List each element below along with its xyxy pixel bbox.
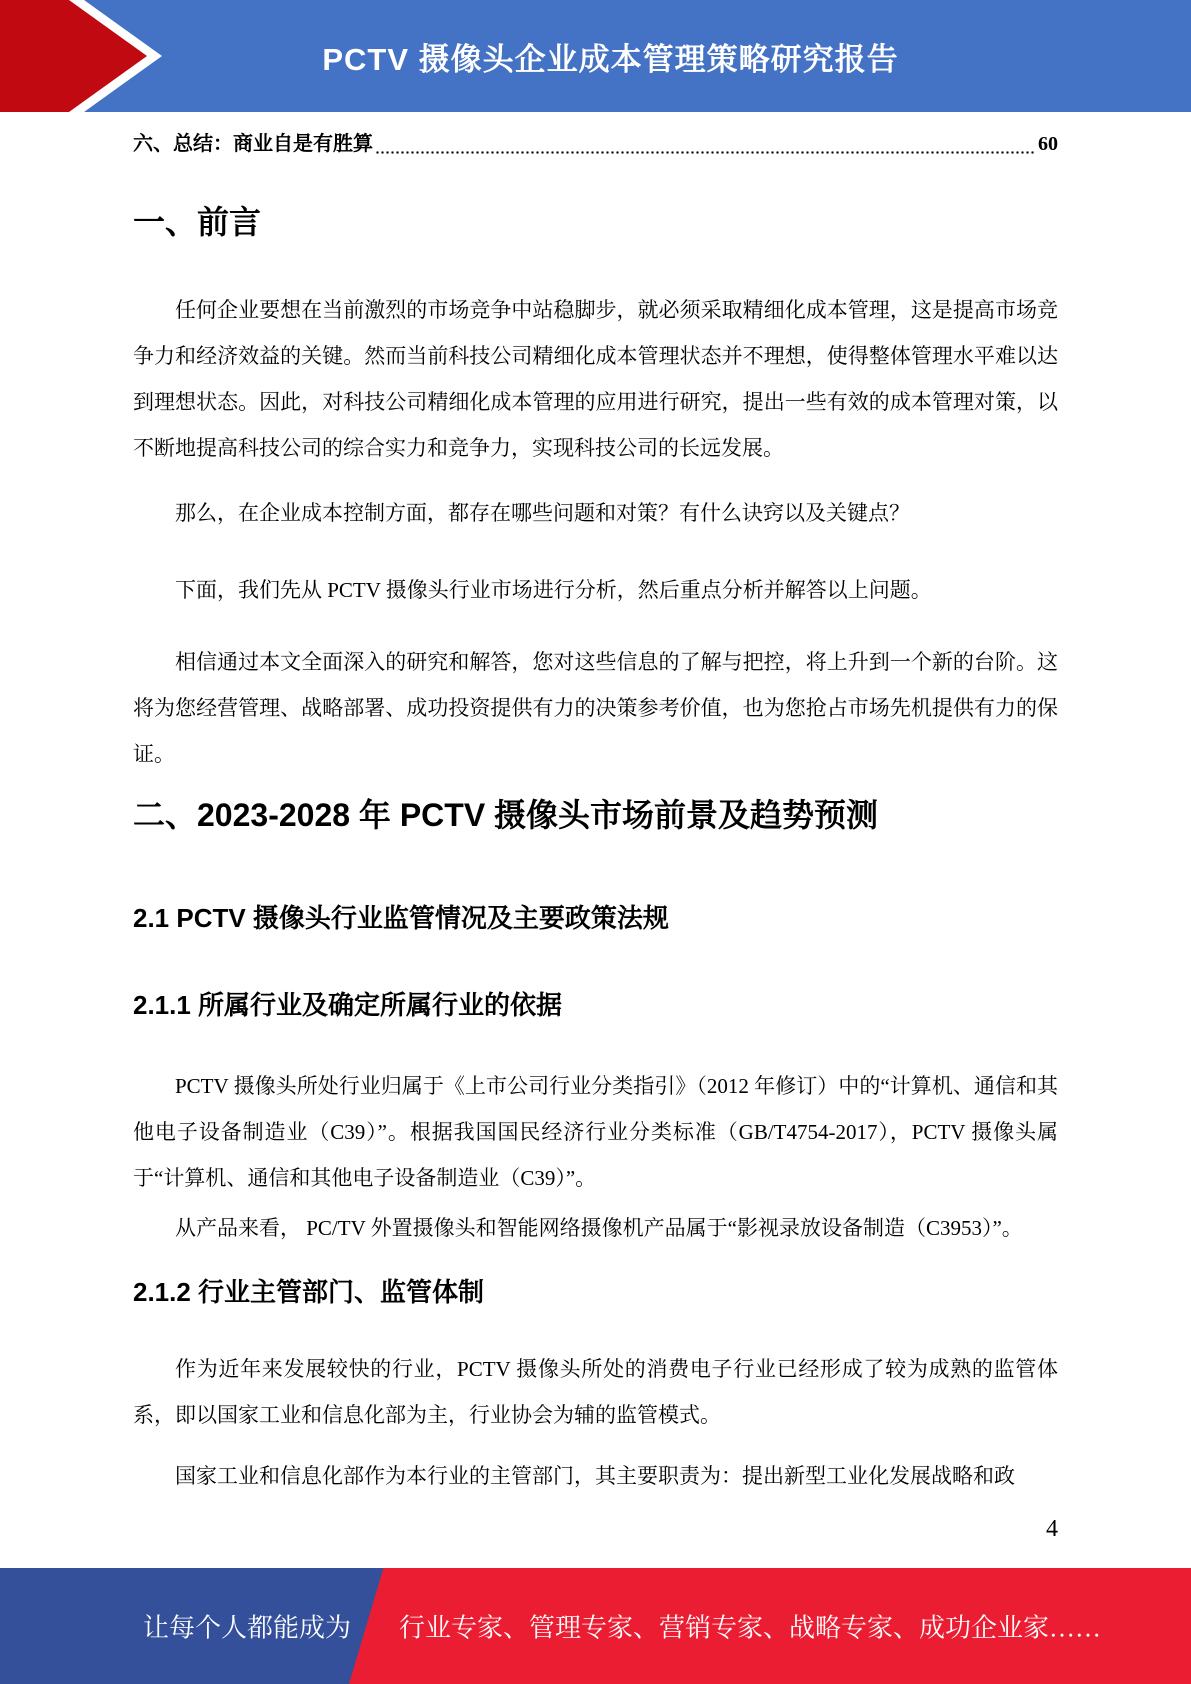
heading-foreword: 一、前言 bbox=[133, 202, 1058, 242]
toc-dot-leader bbox=[375, 136, 1036, 156]
paragraph-foreword-1: 任何企业要想在当前激烈的市场竞争中站稳脚步，就必须采取精细化成本管理，这是提高市… bbox=[133, 287, 1058, 471]
document-body: 六、总结：商业自是有胜算 60 一、前言 任何企业要想在当前激烈的市场竞争中站稳… bbox=[133, 112, 1058, 1499]
report-page: PCTV 摄像头企业成本管理策略研究报告 六、总结：商业自是有胜算 60 一、前… bbox=[0, 0, 1191, 1684]
paragraph-regulatory-system-1: 作为近年来发展较快的行业，PCTV 摄像头所处的消费电子行业已经形成了较为成熟的… bbox=[133, 1346, 1058, 1438]
footer-banner: 让每个人都能成为 行业专家、管理专家、营销专家、战略专家、成功企业家…… bbox=[0, 1568, 1191, 1684]
paragraph-industry-classification-2: 从产品来看， PC/TV 外置摄像头和智能网络摄像机产品属于“影视录放设备制造（… bbox=[133, 1205, 1058, 1251]
page-number: 4 bbox=[1046, 1514, 1058, 1544]
toc-entry: 六、总结：商业自是有胜算 60 bbox=[133, 132, 1058, 156]
paragraph-foreword-2: 那么，在企业成本控制方面，都存在哪些问题和对策？有什么诀窍以及关键点？ bbox=[133, 490, 1058, 536]
footer-slogan-right: 行业专家、管理专家、营销专家、战略专家、成功企业家…… bbox=[399, 1608, 1101, 1645]
heading-regulatory-system: 2.1.2 行业主管部门、监管体制 bbox=[133, 1275, 1058, 1309]
paragraph-industry-classification-1: PCTV 摄像头所处行业归属于《上市公司行业分类指引》（2012 年修订）中的“… bbox=[133, 1063, 1058, 1201]
report-title: PCTV 摄像头企业成本管理策略研究报告 bbox=[292, 34, 898, 79]
toc-entry-label: 六、总结：商业自是有胜算 bbox=[133, 132, 373, 156]
red-arrow-icon bbox=[0, 0, 170, 112]
paragraph-foreword-4: 相信通过本文全面深入的研究和解答，您对这些信息的了解与把控，将上升到一个新的台阶… bbox=[133, 639, 1058, 777]
paragraph-foreword-3: 下面，我们先从 PCTV 摄像头行业市场进行分析，然后重点分析并解答以上问题。 bbox=[133, 567, 1058, 613]
header-banner: PCTV 摄像头企业成本管理策略研究报告 bbox=[0, 0, 1191, 112]
heading-market-forecast: 二、2023-2028 年 PCTV 摄像头市场前景及趋势预测 bbox=[133, 795, 1058, 835]
heading-industry-classification: 2.1.1 所属行业及确定所属行业的依据 bbox=[133, 988, 1058, 1022]
heading-regulation: 2.1 PCTV 摄像头行业监管情况及主要政策法规 bbox=[133, 901, 1058, 935]
paragraph-regulatory-system-2: 国家工业和信息化部作为本行业的主管部门，其主要职责为：提出新型工业化发展战略和政 bbox=[133, 1453, 1058, 1499]
footer-slogan-left: 让每个人都能成为 bbox=[143, 1608, 351, 1645]
toc-entry-page-number: 60 bbox=[1038, 132, 1058, 156]
